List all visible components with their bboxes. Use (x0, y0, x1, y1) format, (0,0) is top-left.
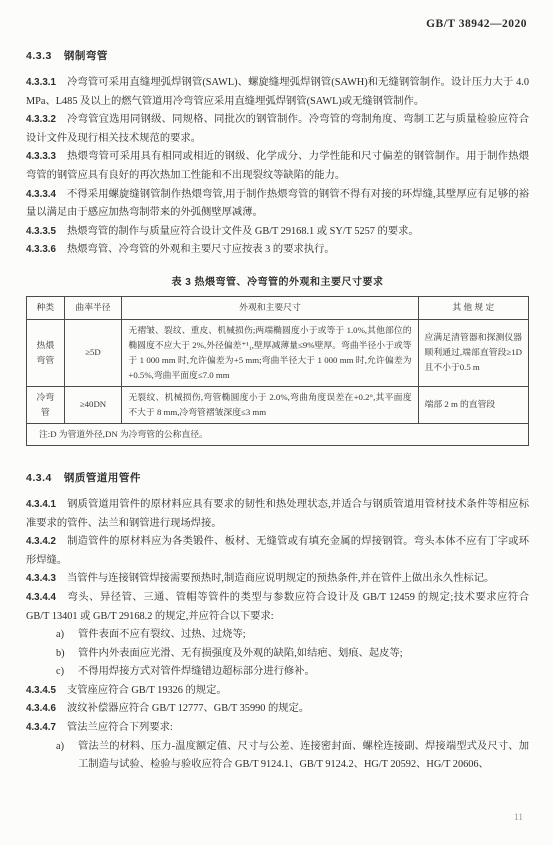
cell-appearance: 无裂纹、机械损伤,弯管椭圆度小于 2.0%,弯曲角度误差在+0.2°,其平面度不… (122, 386, 418, 423)
clause-text: 冷弯管可采用直缝埋弧焊钢管(SAWL)、螺旋缝埋弧焊钢管(SAWH)和无缝钢管制… (26, 77, 529, 107)
table-3: 种类 曲率半径 外观和主要尺寸 其 他 规 定 热煨弯管 ≥5D 无褶皱、裂纹、… (26, 296, 529, 446)
document-page: GB/T 38942—2020 4.3.3钢制弯管 4.3.3.1冷弯管可采用直… (0, 0, 553, 845)
cell-kind: 热煨弯管 (27, 319, 65, 386)
table-caption: 表 3 热煨弯管、冷弯管的外观和主要尺寸要求 (26, 273, 529, 288)
clause-4-3-4-2: 4.3.4.2制造管件的原材料应为各类锻件、板材、无缝管或有填充金属的焊接钢管。… (26, 533, 529, 570)
cell-appearance: 无褶皱、裂纹、重皮、机械损伤;两端椭圆度小于或等于 1.0%,其他部位的椭圆度不… (122, 319, 418, 386)
table-note: 注:D 为管道外径,DN 为冷弯管的公称直径。 (27, 423, 529, 445)
clause-number: 4.3.3.5 (26, 226, 56, 237)
clause-4-3-3-2: 4.3.3.2冷弯管宜选用同钢级、同规格、同批次的钢管制作。冷弯管的弯制角度、弯… (26, 111, 529, 148)
clause-text: 支管座应符合 GB/T 19326 的规定。 (67, 685, 227, 696)
clause-text: 不得采用螺旋缝钢管制作热煨弯管,用于制作热煨弯管的钢管不得有对接的环焊缝,其壁厚… (26, 189, 529, 219)
clause-text: 波纹补偿器应符合 GB/T 12777、GB/T 35990 的规定。 (67, 703, 309, 714)
section-heading-4-3-3: 4.3.3钢制弯管 (26, 48, 529, 63)
section-number: 4.3.4 (26, 472, 52, 484)
section-number: 4.3.3 (26, 50, 52, 62)
table-header-row: 种类 曲率半径 外观和主要尺寸 其 他 规 定 (27, 296, 529, 319)
cell-other: 端部 2 m 的直管段 (418, 386, 528, 423)
cell-radius: ≥40DN (64, 386, 122, 423)
clause-number: 4.3.4.5 (26, 685, 56, 696)
clause-number: 4.3.4.1 (26, 499, 56, 510)
list-item-label: a) (56, 626, 78, 645)
col-header-radius: 曲率半径 (64, 296, 122, 319)
clause-number: 4.3.3.1 (26, 77, 56, 88)
clause-number: 4.3.3.4 (26, 189, 56, 200)
list-item-c: c) 不得用焊接方式对管件焊缝错边超标部分进行修补。 (26, 663, 529, 682)
list-item-text: 管法兰的材料、压力-温度额定值、尺寸与公差、连接密封面、螺栓连接副、焊接端型式及… (78, 738, 529, 775)
clause-4-3-4-1: 4.3.4.1钢质管道用管件的原材料应具有要求的韧性和热处理状态,并适合与钢质管… (26, 496, 529, 533)
cell-other: 应满足清管器和探测仪器顺利通过,端部直管段≥1D 且不小于0.5 m (418, 319, 528, 386)
clause-4-3-3-4: 4.3.3.4不得采用螺旋缝钢管制作热煨弯管,用于制作热煨弯管的钢管不得有对接的… (26, 186, 529, 223)
table-note-row: 注:D 为管道外径,DN 为冷弯管的公称直径。 (27, 423, 529, 445)
clause-number: 4.3.3.3 (26, 151, 56, 162)
clause-4-3-4-5: 4.3.4.5支管座应符合 GB/T 19326 的规定。 (26, 682, 529, 701)
col-header-appearance: 外观和主要尺寸 (122, 296, 418, 319)
clause-text: 管法兰应符合下列要求: (67, 722, 173, 733)
list-item-a: a) 管件表面不应有裂纹、过热、过烧等; (26, 626, 529, 645)
cell-radius: ≥5D (64, 319, 122, 386)
clause-number: 4.3.3.2 (26, 114, 56, 125)
col-header-other: 其 他 规 定 (418, 296, 528, 319)
clause-4-3-3-5: 4.3.3.5热煨弯管的制作与质量应符合设计文件及 GB/T 29168.1 或… (26, 223, 529, 242)
clause-text: 热煨弯管、冷弯管的外观和主要尺寸应按表 3 的要求执行。 (67, 244, 335, 255)
clause-text: 弯头、异径管、三通、管帽等管件的类型与参数应符合设计及 GB/T 12459 的… (26, 592, 529, 622)
clause-4-3-3-6: 4.3.3.6热煨弯管、冷弯管的外观和主要尺寸应按表 3 的要求执行。 (26, 241, 529, 260)
clause-text: 当管件与连接钢管焊接需要预热时,制造商应说明规定的预热条件,并在管件上做出永久性… (67, 573, 494, 584)
page-number: 11 (514, 813, 523, 823)
list-item-label: a) (56, 738, 78, 775)
clause-text: 热煨弯管的制作与质量应符合设计文件及 GB/T 29168.1 或 SY/T 5… (67, 226, 419, 237)
col-header-kind: 种类 (27, 296, 65, 319)
standard-code: GB/T 38942—2020 (26, 18, 527, 30)
clause-text: 制造管件的原材料应为各类锻件、板材、无缝管或有填充金属的焊接钢管。弯头本体不应有… (26, 536, 529, 566)
clause-number: 4.3.3.6 (26, 244, 56, 255)
list-item-b: b) 管件内外表面应光滑、无有损强度及外观的缺陷,如结疤、划痕、起皮等; (26, 645, 529, 664)
table-row: 冷弯管 ≥40DN 无裂纹、机械损伤,弯管椭圆度小于 2.0%,弯曲角度误差在+… (27, 386, 529, 423)
clause-text: 冷弯管宜选用同钢级、同规格、同批次的钢管制作。冷弯管的弯制角度、弯制工艺与质量检… (26, 114, 529, 144)
clause-4-3-3-3: 4.3.3.3热煨弯管可采用具有相同或相近的钢级、化学成分、力学性能和尺寸偏差的… (26, 148, 529, 185)
clause-4-3-4-7: 4.3.4.7管法兰应符合下列要求: (26, 719, 529, 738)
clause-number: 4.3.4.6 (26, 703, 56, 714)
cell-kind: 冷弯管 (27, 386, 65, 423)
clause-4-3-4-6: 4.3.4.6波纹补偿器应符合 GB/T 12777、GB/T 35990 的规… (26, 700, 529, 719)
list-item-text: 管件表面不应有裂纹、过热、过烧等; (78, 626, 529, 645)
clause-number: 4.3.4.7 (26, 722, 56, 733)
clause-text: 钢质管道用管件的原材料应具有要求的韧性和热处理状态,并适合与钢质管道用管材技术条… (26, 499, 529, 529)
clause-number: 4.3.4.3 (26, 573, 56, 584)
list-item-label: c) (56, 663, 78, 682)
clause-4-3-4-4: 4.3.4.4弯头、异径管、三通、管帽等管件的类型与参数应符合设计及 GB/T … (26, 589, 529, 626)
list-item-label: b) (56, 645, 78, 664)
list-item-a: a) 管法兰的材料、压力-温度额定值、尺寸与公差、连接密封面、螺栓连接副、焊接端… (26, 738, 529, 775)
clause-4-3-4-3: 4.3.4.3当管件与连接钢管焊接需要预热时,制造商应说明规定的预热条件,并在管… (26, 570, 529, 589)
clause-number: 4.3.4.4 (26, 592, 56, 603)
clause-number: 4.3.4.2 (26, 536, 56, 547)
list-item-text: 不得用焊接方式对管件焊缝错边超标部分进行修补。 (78, 663, 529, 682)
table-row: 热煨弯管 ≥5D 无褶皱、裂纹、重皮、机械损伤;两端椭圆度小于或等于 1.0%,… (27, 319, 529, 386)
clause-4-3-3-1: 4.3.3.1冷弯管可采用直缝埋弧焊钢管(SAWL)、螺旋缝埋弧焊钢管(SAWH… (26, 74, 529, 111)
section-title: 钢质管道用管件 (64, 472, 141, 484)
section-heading-4-3-4: 4.3.4钢质管道用管件 (26, 470, 529, 485)
list-item-text: 管件内外表面应光滑、无有损强度及外观的缺陷,如结疤、划痕、起皮等; (78, 645, 529, 664)
clause-text: 热煨弯管可采用具有相同或相近的钢级、化学成分、力学性能和尺寸偏差的钢管制作。用于… (26, 151, 529, 181)
section-title: 钢制弯管 (64, 50, 108, 62)
